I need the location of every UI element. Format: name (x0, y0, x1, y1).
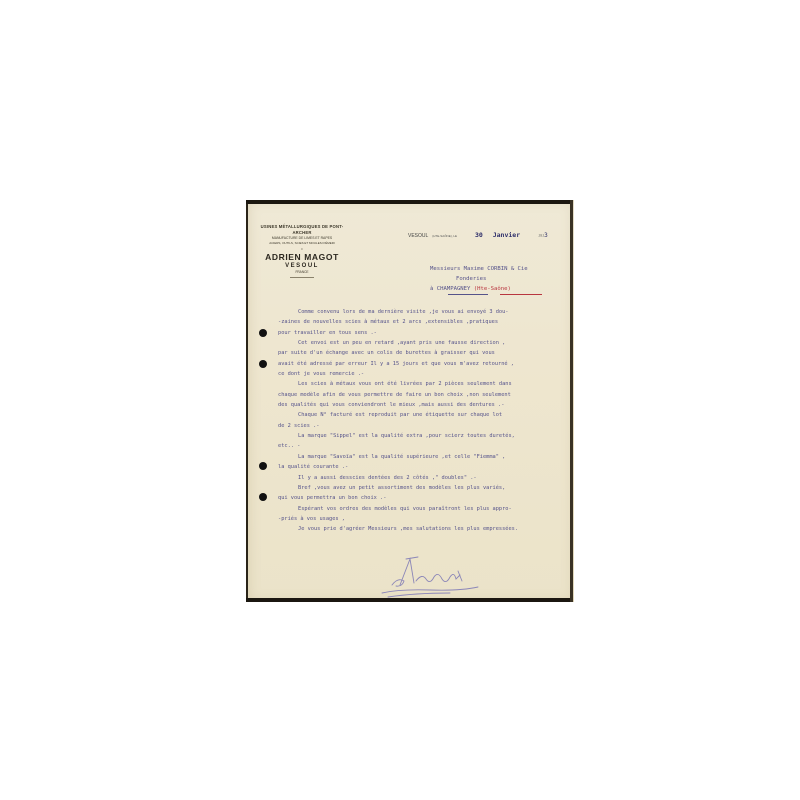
body-line: la qualité courante .- (278, 462, 568, 472)
recipient-line-1: Messieurs Maxime CORBIN & Cie (430, 264, 570, 274)
recipient-address: Messieurs Maxime CORBIN & Cie Fonderies … (430, 264, 570, 294)
body-line: Comme convenu lors de ma dernière visite… (278, 307, 568, 317)
letterhead: USINES MÉTALLURGIQUES DE PONT-ARCHER MAN… (252, 224, 352, 278)
body-line: ce dont je vous remercie .- (278, 369, 568, 379)
body-line: etc.. - (278, 441, 568, 451)
date-year-digit: 3 (544, 232, 548, 239)
letterhead-company: USINES MÉTALLURGIQUES DE PONT-ARCHER (252, 224, 352, 236)
letterhead-city: VESOUL (252, 262, 352, 270)
body-line: de 2 scies .- (278, 421, 568, 431)
body-line: -zaines de nouvelles scies à métaux et 2… (278, 317, 568, 327)
underline-region (500, 294, 542, 295)
punch-hole (259, 462, 267, 470)
page-right-edge (570, 200, 573, 602)
body-line: Il y a aussi desscies dentées des 2 côté… (278, 473, 568, 483)
body-line: Cet envoi est un peu en retard ,ayant pr… (278, 338, 568, 348)
letterhead-name: ADRIEN MAGOT (252, 252, 352, 262)
body-line: pour travailler en tous sens .- (278, 328, 568, 338)
body-line: Les scies à métaux vous ont été livrées … (278, 379, 568, 389)
letterhead-ornament: • (252, 246, 352, 251)
page-top-edge (246, 200, 572, 204)
body-line: par suite d'un échange avec un colis de … (278, 348, 568, 358)
date-department: (HTE-SAÔNE), LE (432, 234, 457, 238)
recipient-line-2: Fonderies (430, 274, 570, 284)
letter-body: Comme convenu lors de ma dernière visite… (278, 307, 568, 535)
body-line: des qualités qui vous conviendront le mi… (278, 400, 568, 410)
body-line: qui vous permettra un bon choix .- (278, 493, 568, 503)
letterhead-rule (290, 277, 314, 278)
punch-hole (259, 493, 267, 501)
body-line: La marque "Sippel" est la qualité extra … (278, 431, 568, 441)
recipient-town: à CHAMPAGNEY (430, 286, 470, 292)
recipient-line-3: à CHAMPAGNEY (Hte-Saône) (430, 284, 570, 294)
signature (370, 555, 480, 600)
body-line: Chaque N° facturé est reproduit par une … (278, 410, 568, 420)
recipient-region: (Hte-Saône) (474, 286, 511, 292)
date-place: VESOUL (408, 233, 428, 239)
punch-hole (259, 329, 267, 337)
date-day: 30 (475, 231, 483, 239)
body-line: chaque modèle afin de vous permettre de … (278, 390, 568, 400)
body-line: -priés à vos usages , (278, 514, 568, 524)
letterhead-country: FRANCE (252, 270, 352, 275)
punch-hole (259, 360, 267, 368)
date-month: Janvier (493, 231, 520, 239)
dateline: VESOUL (HTE-SAÔNE), LE 30 Janvier 1913 (408, 231, 548, 239)
body-line: La marque "Savoïa" est la qualité supéri… (278, 452, 568, 462)
body-line: Bref ,vous avez un petit assortiment des… (278, 483, 568, 493)
body-line: Je vous prie d'agréer Messieurs ,mes sal… (278, 524, 568, 534)
body-line: avait été adressé par erreur Il y a 15 j… (278, 359, 568, 369)
body-line: Espérant vos ordres des modèles qui vous… (278, 504, 568, 514)
underline-town (448, 294, 488, 295)
